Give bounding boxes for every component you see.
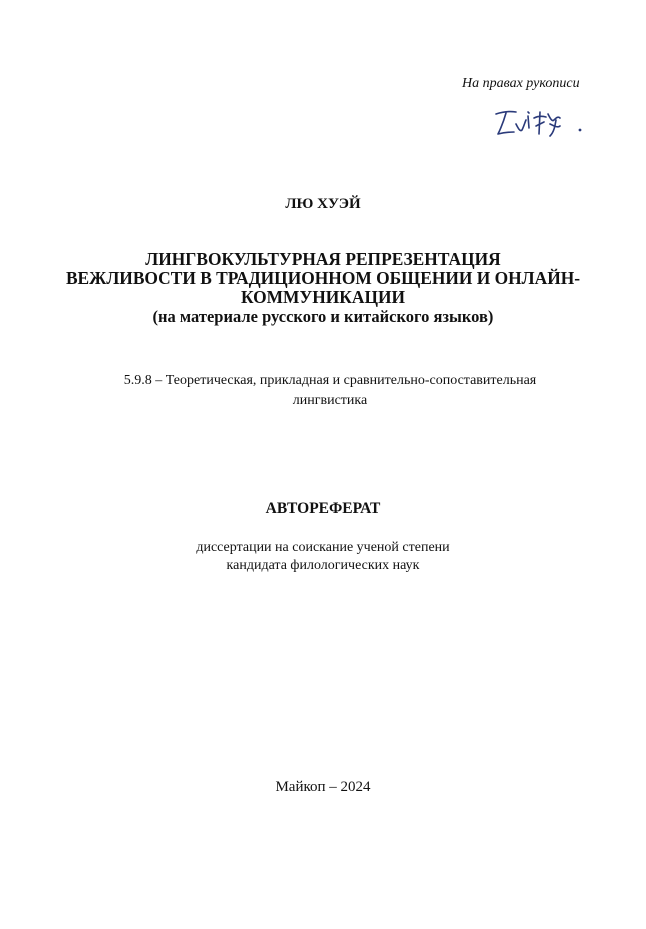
specialty-line: лингвистика	[60, 391, 600, 411]
title-subtitle: (на материале русского и китайского язык…	[0, 307, 646, 326]
manuscript-note: На правах рукописи	[462, 76, 580, 92]
specialty-code: 5.9.8 – Теоретическая, прикладная и срав…	[60, 371, 600, 411]
title-line: ЛИНГВОКУЛЬТУРНАЯ РЕПРЕЗЕНТАЦИЯ	[0, 250, 646, 269]
degree-line: диссертации на соискание ученой степени	[0, 539, 646, 557]
specialty-line: 5.9.8 – Теоретическая, прикладная и срав…	[60, 371, 600, 391]
title-line: ВЕЖЛИВОСТИ В ТРАДИЦИОННОМ ОБЩЕНИИ И ОНЛА…	[0, 269, 646, 288]
title-line: КОММУНИКАЦИИ	[0, 288, 646, 307]
document-type: АВТОРЕФЕРАТ	[0, 500, 646, 518]
author-name: ЛЮ ХУЭЙ	[0, 196, 646, 213]
degree-line: кандидата филологических наук	[0, 557, 646, 575]
place-year: Майкоп – 2024	[0, 779, 646, 796]
degree-description: диссертации на соискание ученой степени …	[0, 539, 646, 575]
dissertation-title: ЛИНГВОКУЛЬТУРНАЯ РЕПРЕЗЕНТАЦИЯ ВЕЖЛИВОСТ…	[0, 250, 646, 326]
handwritten-signature-icon	[492, 104, 592, 140]
